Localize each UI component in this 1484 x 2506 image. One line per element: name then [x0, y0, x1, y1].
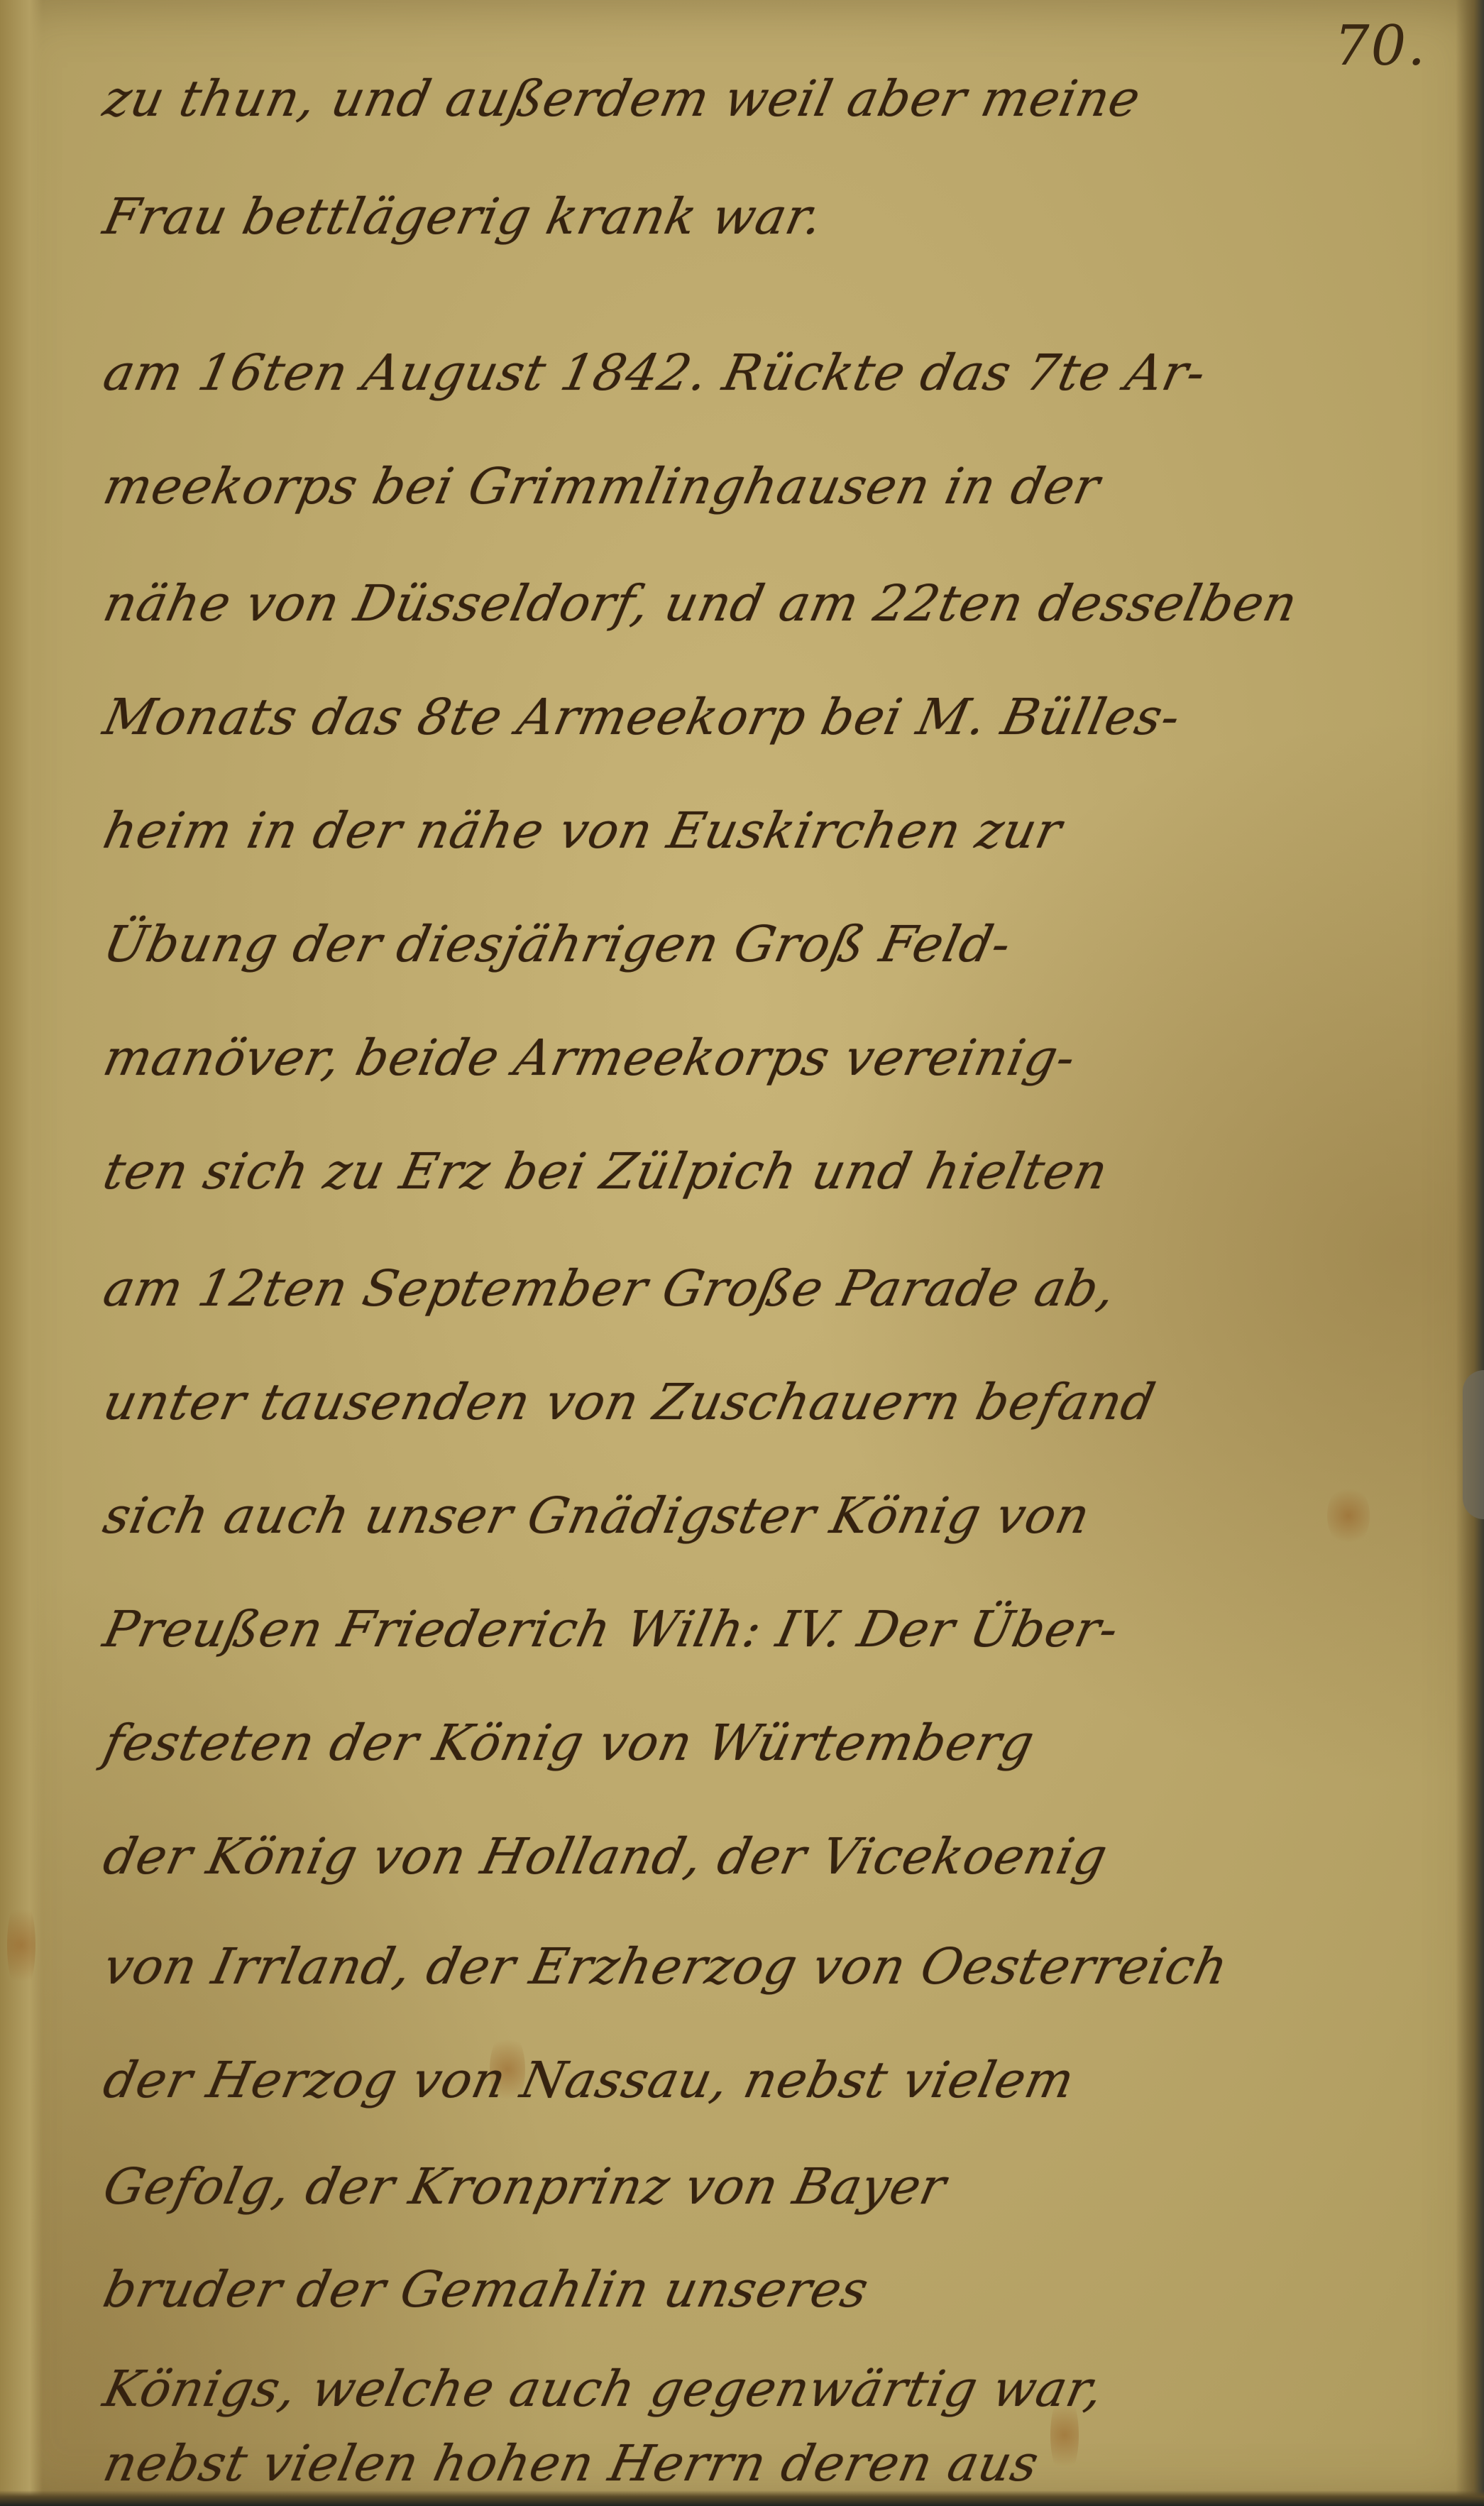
text-line: am 16ten August 1842. Rückte das 7te Ar- — [99, 348, 1211, 398]
text-line: heim in der nähe von Euskirchen zur — [99, 806, 1067, 855]
text-line: von Irrland, der Erzherzog von Oesterrei… — [99, 1942, 1233, 1991]
text-line: Königs, welche auch gegenwärtig war, — [99, 2364, 1108, 2414]
page-number: 70. — [1334, 14, 1427, 78]
stain-spot — [7, 1895, 35, 1995]
text-line: nähe von Düsseldorf, und am 22ten dessel… — [99, 579, 1302, 628]
text-line: sich auch unser Gnädigster König von — [99, 1491, 1094, 1541]
text-line: festeten der König von Würtemberg — [99, 1718, 1039, 1768]
text-line: der König von Holland, der Vicekoenig — [99, 1832, 1112, 1881]
text-line: Frau bettlägerig krank war. — [99, 192, 828, 241]
text-line: ten sich zu Erz bei Zülpich und hielten — [99, 1147, 1112, 1196]
text-line: Preußen Friederich Wilh: IV. Der Über- — [99, 1604, 1123, 1654]
stain-spot — [1327, 1484, 1370, 1548]
page-edge-bottom — [0, 2490, 1484, 2506]
page-notch — [1463, 1370, 1484, 1519]
binding-gutter — [0, 0, 43, 2506]
text-line: Monats das 8te Armeekorp bei M. Bülles- — [99, 692, 1185, 742]
text-line: zu thun, und außerdem weil aber meine — [99, 74, 1145, 124]
page-edge-right — [1456, 0, 1484, 2506]
text-line: am 12ten September Große Parade ab, — [99, 1264, 1120, 1313]
text-line: unter tausenden von Zuschauern befand — [99, 1377, 1160, 1427]
text-line: nebst vielen hohen Herrn deren aus — [99, 2439, 1043, 2488]
manuscript-page: 70. zu thun, und außerdem weil aber mein… — [0, 0, 1484, 2506]
text-line: manöver, beide Armeekorps vereinig- — [99, 1033, 1080, 1083]
text-line: Übung der diesjährigen Groß Feld- — [99, 919, 1016, 969]
text-line: Gefolg, der Kronprinz von Bayer — [99, 2162, 950, 2211]
text-line: meekorps bei Grimmlinghausen in der — [99, 461, 1104, 511]
text-line: bruder der Gemahlin unseres — [99, 2265, 873, 2314]
text-line: der Herzog von Nassau, nebst vielem — [99, 2055, 1079, 2105]
